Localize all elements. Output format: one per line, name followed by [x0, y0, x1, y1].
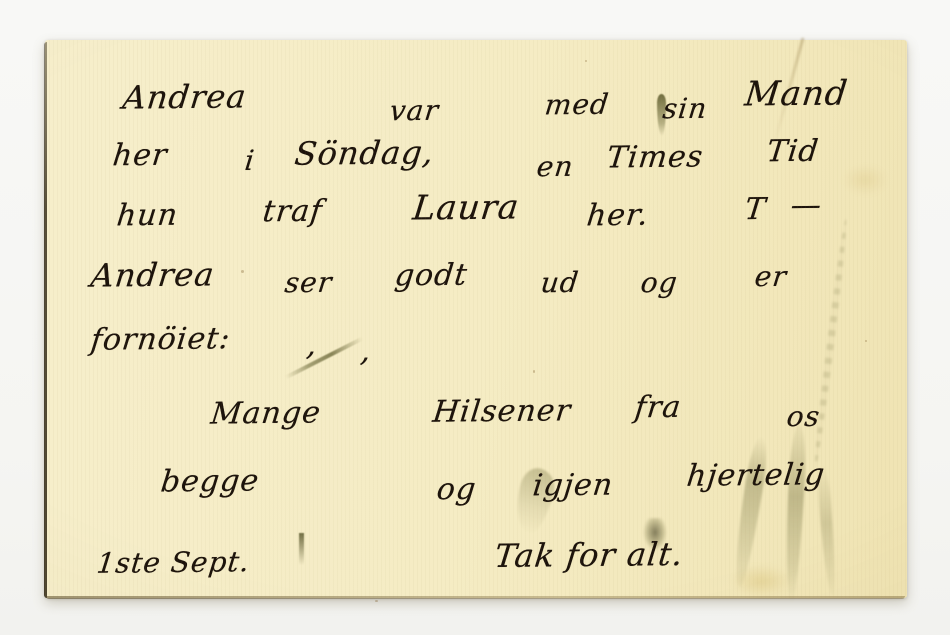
handwritten-word: traf [261, 194, 324, 230]
paper-fleck [375, 600, 378, 602]
handwritten-word: i [243, 144, 257, 177]
handwritten-word: hjertelig [685, 457, 827, 493]
scan-background: Andrea var med sin Mand her i Söndag, en… [0, 0, 950, 635]
handwritten-word: begge [159, 463, 261, 499]
handwritten-word: godt [393, 258, 470, 294]
handwritten-word: os [785, 400, 822, 433]
handwritten-word: fornöiet: [89, 321, 233, 357]
handwritten-word: ud [539, 266, 581, 299]
handwritten-word: ser [283, 266, 334, 299]
handwritten-word: Andrea [121, 77, 249, 116]
handwritten-word: med [543, 88, 611, 122]
handwritten-word: Times [605, 139, 705, 175]
handwritten-word: Mange [209, 395, 323, 431]
handwritten-word: fra [633, 390, 683, 425]
handwritten-word: Tid [765, 134, 821, 170]
handwritten-word: her [111, 138, 169, 174]
handwritten-word: hun [115, 198, 180, 234]
postcard: Andrea var med sin Mand her i Söndag, en… [45, 40, 907, 598]
handwritten-word: var [388, 94, 441, 128]
handwritten-word: Hilsener [431, 393, 573, 429]
handwritten-date: 1ste Sept. [95, 545, 252, 580]
handwritten-word: Andrea [89, 255, 217, 294]
handwritten-word: Söndag, [293, 133, 436, 172]
handwritten-word: sin [661, 92, 709, 125]
handwritten-word: , [305, 328, 319, 363]
handwritten-word: T [743, 192, 768, 227]
handwritten-closing: Tak for alt. [493, 535, 686, 575]
handwritten-text: Andrea var med sin Mand her i Söndag, en… [45, 40, 907, 598]
handwritten-word: , [359, 334, 373, 369]
handwritten-word: og [639, 266, 680, 299]
handwritten-word: en [535, 150, 575, 183]
handwritten-word: Laura [411, 187, 522, 228]
handwritten-word: her. [585, 198, 651, 234]
handwritten-word: Mand [743, 73, 850, 114]
handwritten-word: og [435, 472, 478, 507]
handwritten-word: igjen [531, 468, 615, 504]
handwritten-word: er [753, 260, 789, 293]
handwritten-word: — [789, 188, 824, 223]
